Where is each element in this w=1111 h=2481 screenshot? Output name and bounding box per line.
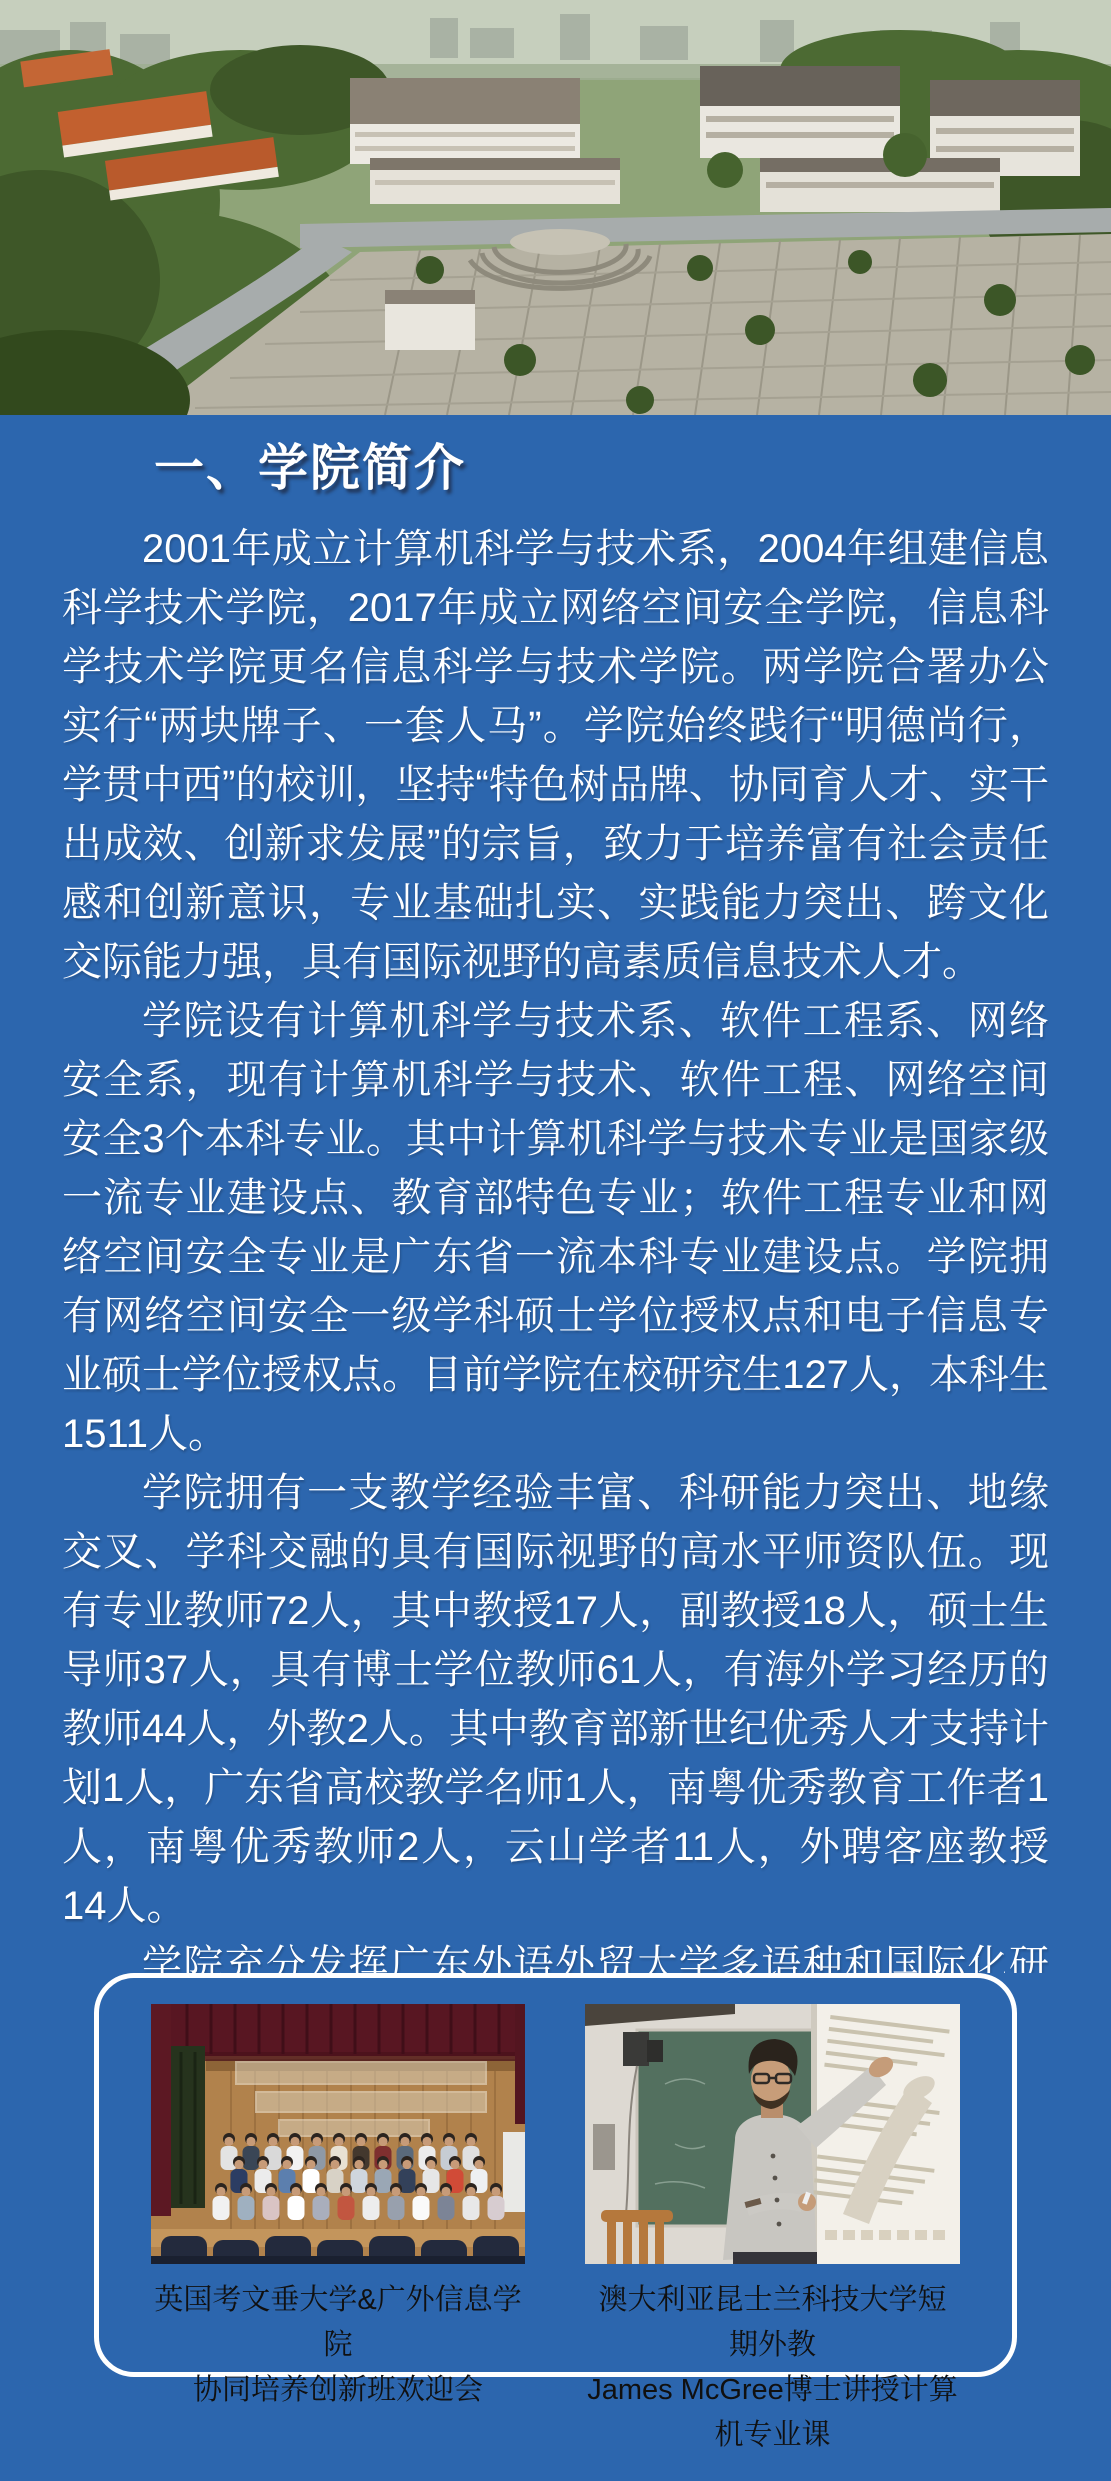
- caption-right-line1: 澳大利亚昆士兰科技大学短期外教: [585, 2278, 960, 2368]
- caption-right-line2: James McGree博士讲授计算机专业课: [585, 2368, 960, 2458]
- body-paragraphs: 2001年成立计算机科学与技术系，2004年组建信息科学技术学院，2017年成立…: [62, 520, 1049, 1973]
- gallery-photo-auditorium: [151, 2004, 525, 2264]
- caption-right: 澳大利亚昆士兰科技大学短期外教 James McGree博士讲授计算机专业课: [585, 2278, 960, 2458]
- paragraph-3: 学院拥有一支教学经验丰富、科研能力突出、地缘交叉、学科交融的具有国际视野的高水平…: [62, 1464, 1049, 1936]
- paragraph-2: 学院设有计算机科学与技术系、软件工程系、网络安全系，现有计算机科学与技术、软件工…: [62, 992, 1049, 1464]
- photo-row: [151, 2004, 960, 2264]
- campus-aerial-photo: [0, 0, 1111, 415]
- caption-row: 英国考文垂大学&广外信息学院 协同培养创新班欢迎会 澳大利亚昆士兰科技大学短期外…: [151, 2278, 960, 2458]
- auditorium-photo-art: [151, 2004, 525, 2264]
- caption-left: 英国考文垂大学&广外信息学院 协同培养创新班欢迎会: [151, 2278, 525, 2458]
- article-page: 一、学院简介 2001年成立计算机科学与技术系，2004年组建信息科学技术学院，…: [0, 0, 1111, 2481]
- paragraph-1: 2001年成立计算机科学与技术系，2004年组建信息科学技术学院，2017年成立…: [62, 520, 1049, 992]
- paragraph-4: 学院充分发挥广东外语外贸大学多语种和国际化研究优势，成立了智能信息处理、网络空间…: [62, 1936, 1049, 1973]
- article-body: 一、学院简介 2001年成立计算机科学与技术系，2004年组建信息科学技术学院，…: [62, 428, 1049, 1973]
- caption-left-line2: 协同培养创新班欢迎会: [151, 2368, 525, 2413]
- lecture-photo-art: [585, 2004, 960, 2264]
- section-title: 一、学院简介: [154, 428, 1049, 500]
- caption-left-line1: 英国考文垂大学&广外信息学院: [151, 2278, 525, 2368]
- photo-gallery-box: 英国考文垂大学&广外信息学院 协同培养创新班欢迎会 澳大利亚昆士兰科技大学短期外…: [94, 1973, 1017, 2377]
- campus-photo-art: [0, 0, 1111, 415]
- gallery-photo-lecture: [585, 2004, 960, 2264]
